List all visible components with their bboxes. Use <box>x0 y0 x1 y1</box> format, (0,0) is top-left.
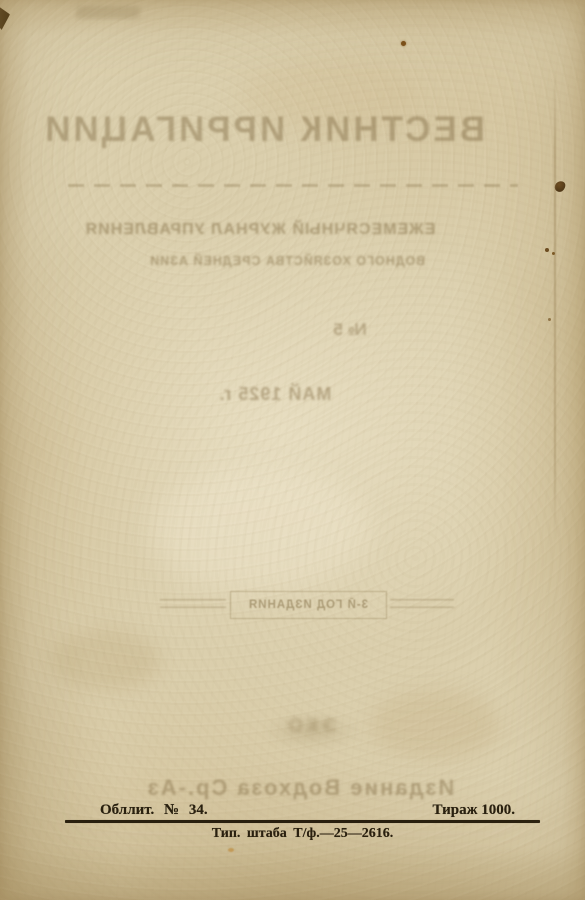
bleedthrough-ornament-rule <box>68 184 518 187</box>
paper-crease <box>554 70 556 540</box>
foxing-spot <box>401 41 406 46</box>
paper-stain <box>370 690 500 760</box>
bleedthrough-edition-banner-box: 3-Й ГОД ИЗДАНИЯ <box>230 591 387 619</box>
foxing-spot <box>548 318 551 321</box>
bleedthrough-subtitle-line1: ЕЖЕМЕСЯЧНЫЙ ЖУРНАЛ УПРАВЛЕНИЯ <box>70 221 450 239</box>
print-run: Тираж 1000. <box>433 802 516 819</box>
bleedthrough-edition-banner: 3-Й ГОД ИЗДАНИЯ <box>248 599 368 611</box>
bleedthrough-journal-title: ВЕСТНИК ИРРИГАЦИИ <box>55 110 485 150</box>
foxing-spot <box>228 848 234 852</box>
imprint-divider-rule <box>65 820 540 823</box>
bleedthrough-banner-rule-left <box>160 599 226 610</box>
bleedthrough-issue-number: № 5 <box>320 320 380 340</box>
bleedthrough-subtitle-line2: ВОДНОГО ХОЗЯЙСТВА СРЕДНЕЙ АЗИИ <box>165 254 425 268</box>
censor-mark: Обллит. № 34. <box>100 802 208 819</box>
paper-highlight <box>150 470 370 590</box>
bleedthrough-publisher-emblem: ЭКО <box>265 716 355 738</box>
bleedthrough-issue-date: МАЙ 1925 г. <box>200 384 350 405</box>
faint-stamp-smudge <box>75 6 141 19</box>
foxing-spot <box>545 248 549 252</box>
corner-tear <box>0 6 10 30</box>
bleedthrough-publisher-line: Издание Водхоза Ср.-Аз <box>95 775 505 801</box>
bleedthrough-banner-rule-right <box>390 599 454 610</box>
paper-stain <box>50 630 160 690</box>
scanned-page: ВЕСТНИК ИРРИГАЦИИ ЕЖЕМЕСЯЧНЫЙ ЖУРНАЛ УПР… <box>0 0 585 900</box>
printer-line: Тип. штаба Т/ф.—25—2616. <box>20 826 585 842</box>
